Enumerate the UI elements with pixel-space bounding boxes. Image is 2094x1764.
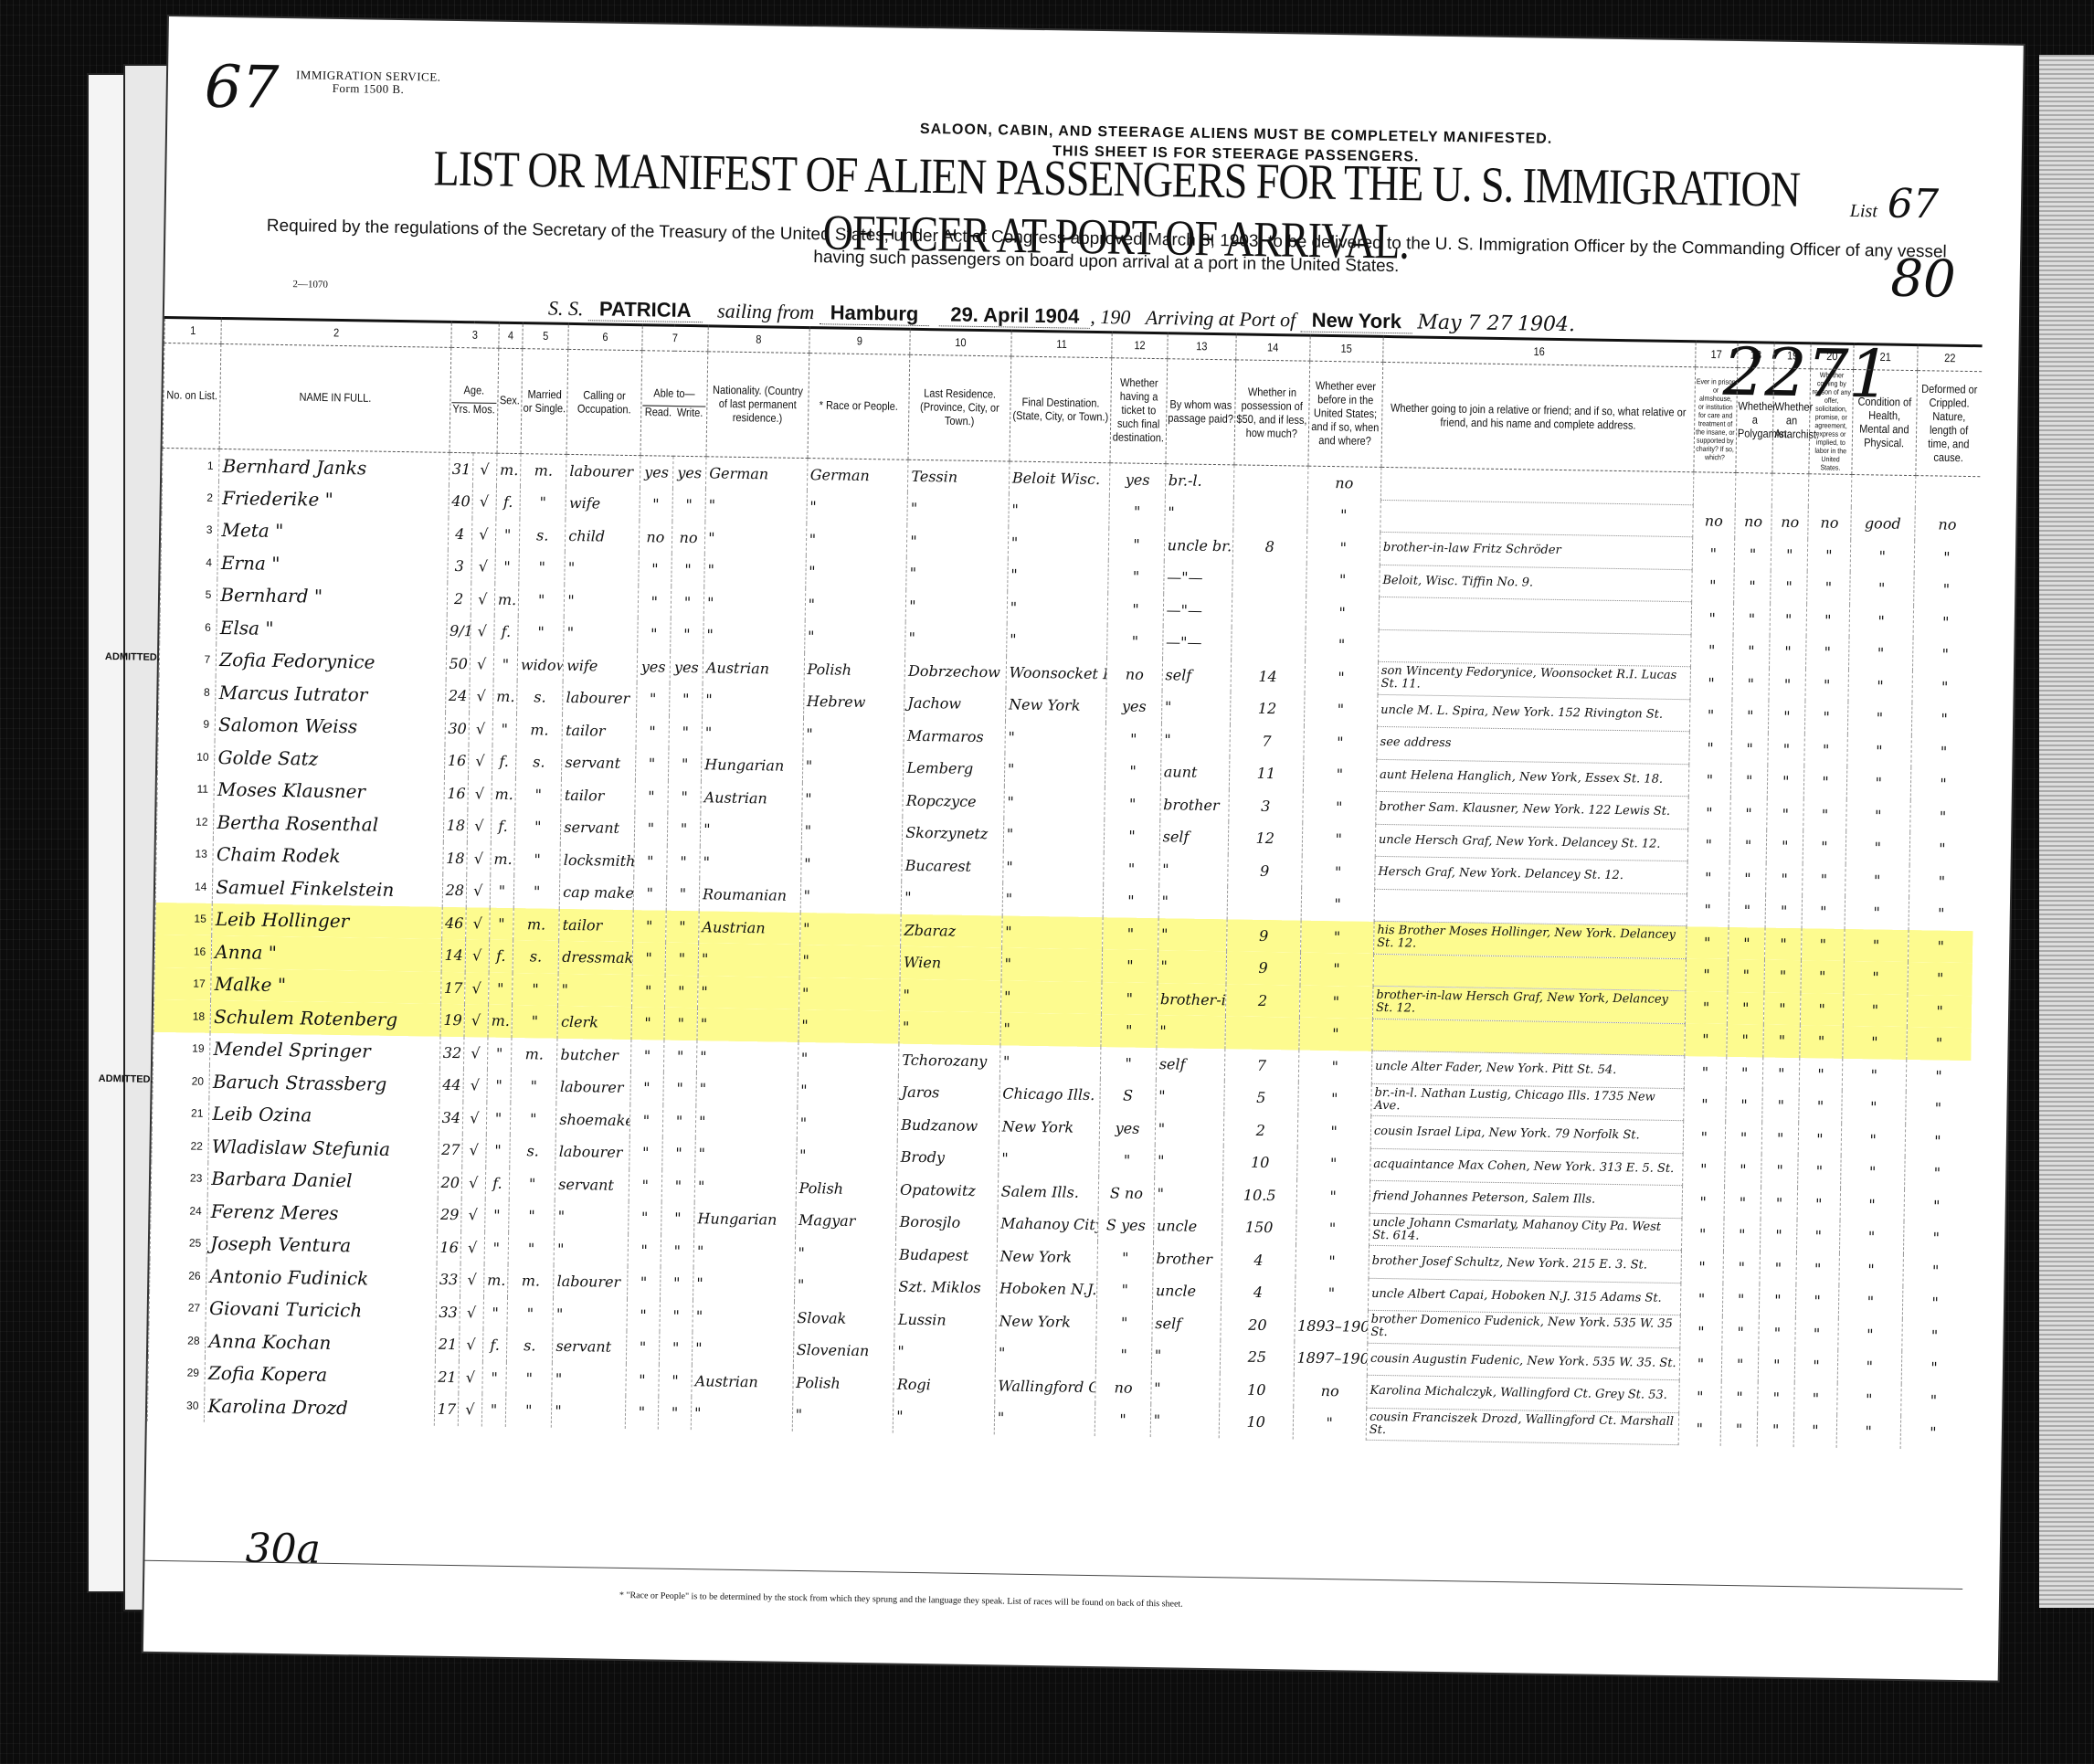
anarchist: "	[1769, 668, 1806, 701]
arrival-date: May 7 27	[1417, 312, 1512, 336]
contract-labor: "	[1803, 798, 1846, 831]
passenger-name: Anna Kochan	[206, 1325, 436, 1360]
prison: "	[1678, 1380, 1721, 1413]
age-check: √	[470, 648, 494, 681]
deformed: "	[1909, 865, 1974, 899]
money	[1232, 562, 1306, 596]
margin-note-list-number: 67	[204, 54, 280, 122]
deformed: "	[1909, 832, 1974, 866]
deformed: "	[1907, 995, 1972, 1029]
occupation: "	[554, 1232, 628, 1266]
occupation: wife	[563, 649, 637, 682]
passenger-name: Antonio Fudinick	[206, 1260, 437, 1295]
deformed: "	[1901, 1351, 1966, 1385]
contract-labor: "	[1805, 701, 1848, 734]
before-in-us: "	[1303, 758, 1377, 792]
marital-status: s.	[519, 519, 566, 552]
final-destination: Mahanoy City Pa.	[997, 1207, 1098, 1241]
prison: "	[1680, 1283, 1723, 1315]
before-in-us: "	[1303, 725, 1377, 759]
health: "	[1836, 1415, 1901, 1449]
polygamist: "	[1728, 926, 1765, 959]
age-years: 50	[446, 647, 471, 680]
row-number: 19	[153, 1031, 210, 1064]
last-residence: Wien	[900, 946, 1001, 980]
prison: "	[1687, 893, 1729, 926]
prison: "	[1686, 958, 1729, 991]
age-years: 19	[440, 1004, 465, 1037]
anarchist: "	[1770, 603, 1807, 636]
contract-labor: "	[1805, 669, 1848, 702]
age-check: √	[466, 874, 491, 907]
health: "	[1840, 1156, 1905, 1189]
can-write: "	[668, 780, 702, 813]
money: 12	[1228, 821, 1302, 855]
occupation: tailor	[561, 778, 635, 812]
prison: "	[1682, 1153, 1725, 1186]
final-destination: "	[1004, 753, 1105, 787]
nationality: "	[691, 1397, 792, 1431]
row-number: 7ADMITTED.	[159, 642, 217, 675]
last-residence: Lemberg	[904, 752, 1005, 786]
age-check: √	[464, 1004, 489, 1037]
sex: "	[490, 875, 514, 908]
race: Magyar	[795, 1204, 896, 1238]
ticket: "	[1109, 495, 1165, 528]
nationality: "	[698, 943, 799, 977]
health: "	[1846, 766, 1911, 800]
health: "	[1845, 798, 1910, 832]
header-money: Whether in possession of $50, and if les…	[1234, 352, 1309, 473]
age-check: √	[460, 1263, 484, 1296]
can-read: "	[625, 1396, 659, 1429]
row-number: 29	[148, 1356, 206, 1389]
marital-status: s.	[515, 745, 562, 778]
deformed: "	[1902, 1286, 1967, 1320]
marital-status: s.	[510, 1135, 556, 1167]
passage-paid-by: brother-in-law	[1157, 983, 1226, 1017]
form-id: IMMIGRATION SERVICE. Form 1500 B.	[296, 69, 441, 96]
race: Slovak	[794, 1301, 895, 1335]
marital-status: "	[513, 875, 560, 908]
marital-status: "	[509, 1167, 555, 1200]
passenger-name: Erna "	[217, 546, 448, 582]
age-check: √	[460, 1199, 485, 1231]
passenger-name: Anna "	[211, 935, 441, 971]
sex: f.	[491, 810, 515, 843]
header-passage-paid: By whom was passage paid?	[1165, 351, 1235, 472]
age-check: √	[460, 1231, 485, 1264]
health: "	[1838, 1285, 1903, 1319]
sex: f.	[489, 940, 513, 973]
occupation: tailor	[562, 713, 636, 747]
occupation: "	[558, 973, 632, 1007]
occupation: labourer	[556, 1071, 630, 1104]
race: Polish	[796, 1171, 897, 1205]
row-number: 15	[155, 902, 213, 935]
age-check: √	[464, 972, 489, 1005]
age-years: 17	[440, 971, 465, 1004]
can-write: "	[661, 1169, 695, 1202]
polygamist: "	[1723, 1251, 1761, 1283]
sex: "	[483, 1296, 508, 1329]
deformed: "	[1906, 1092, 1971, 1125]
occupation: "	[552, 1395, 626, 1429]
before-in-us: "	[1296, 1147, 1370, 1181]
final-destination: Chicago Ills.	[999, 1077, 1101, 1111]
age-years: 3	[447, 550, 471, 583]
row-number: 3	[161, 512, 218, 545]
contract-labor: "	[1796, 1284, 1839, 1317]
passage-paid-by: "	[1165, 496, 1234, 530]
ticket: "	[1096, 1306, 1152, 1339]
health: "	[1848, 637, 1913, 671]
anarchist: "	[1767, 797, 1804, 830]
marital-status: s.	[513, 940, 559, 973]
marital-status: "	[507, 1296, 554, 1329]
passenger-name: Giovani Turicich	[206, 1292, 436, 1327]
marital-status: "	[506, 1361, 553, 1394]
before-in-us: "	[1296, 1212, 1370, 1246]
relative-friend: brother Sam. Klausner, New York. 122 Lew…	[1376, 791, 1688, 829]
money: 25	[1220, 1340, 1294, 1374]
marital-status: "	[511, 1070, 557, 1103]
deformed: "	[1907, 1027, 1972, 1061]
relative-friend: son Wincenty Fedorynice, Woonsocket R.I.…	[1378, 661, 1690, 699]
polygamist: "	[1725, 1121, 1762, 1154]
occupation: child	[566, 519, 640, 553]
nationality: Hungarian	[701, 748, 802, 782]
money: 20	[1221, 1308, 1295, 1342]
money	[1232, 595, 1306, 628]
anarchist: "	[1768, 733, 1805, 766]
anarchist: "	[1771, 571, 1808, 604]
can-read: "	[630, 1072, 664, 1104]
marital-status: m.	[516, 713, 563, 746]
last-residence: Jaros	[898, 1076, 999, 1110]
prison: "	[1681, 1251, 1724, 1283]
anarchist: "	[1770, 636, 1807, 669]
money: 7	[1230, 724, 1304, 758]
ticket: "	[1103, 917, 1158, 950]
sex: "	[495, 551, 520, 584]
last-residence: Dobrzechow	[904, 654, 1006, 688]
prison: "	[1681, 1218, 1724, 1251]
money: 12	[1231, 692, 1305, 725]
can-read: "	[631, 975, 665, 1008]
age-years: 24	[445, 680, 470, 713]
sex: "	[487, 1070, 512, 1103]
header-last-residence: Last Residence. (Province, City, or Town…	[908, 347, 1011, 470]
relative-friend: uncle Albert Capai, Hoboken N.J. 315 Ada…	[1368, 1278, 1680, 1315]
final-destination: "	[1000, 1012, 1102, 1046]
anarchist: "	[1760, 1252, 1797, 1284]
contract-labor: "	[1804, 766, 1847, 798]
prison: "	[1691, 602, 1734, 635]
race: "	[799, 945, 901, 978]
before-in-us: "	[1306, 499, 1380, 533]
polygamist: "	[1725, 1154, 1762, 1187]
race: Polish	[804, 653, 905, 687]
race: "	[797, 1074, 898, 1108]
sex: "	[487, 1037, 512, 1070]
sex: "	[486, 1135, 511, 1167]
form-number: Form 1500 B.	[296, 81, 441, 96]
relative-friend	[1372, 1019, 1685, 1056]
age-check: √	[460, 1296, 484, 1329]
final-destination: "	[998, 1142, 1099, 1176]
money: 10	[1223, 1146, 1297, 1179]
polygamist: "	[1729, 829, 1767, 862]
last-residence: Tchorozany	[899, 1043, 1000, 1077]
money: 3	[1229, 789, 1303, 823]
ticket: no	[1106, 658, 1162, 691]
contract-labor: no	[1808, 506, 1851, 539]
passage-paid-by: —"—	[1163, 561, 1232, 595]
occupation: "	[565, 584, 639, 618]
row-number: 16	[154, 935, 212, 967]
before-in-us: "	[1298, 1018, 1372, 1051]
contract-labor: "	[1795, 1349, 1838, 1382]
can-read: "	[627, 1299, 661, 1332]
before-in-us: "	[1297, 1083, 1371, 1116]
money: 9	[1226, 951, 1300, 985]
marital-status: "	[518, 616, 565, 649]
nationality: Austrian	[699, 911, 800, 945]
contract-labor: "	[1793, 1414, 1836, 1447]
health: "	[1845, 831, 1910, 865]
anarchist: "	[1764, 960, 1802, 993]
age-check: √	[462, 1102, 487, 1135]
race: "	[796, 1139, 897, 1173]
header-deformed: Deformed or Crippled. Nature, length of …	[1916, 363, 1983, 484]
contract-labor: "	[1801, 960, 1844, 993]
sex: "	[486, 1102, 511, 1135]
row-number: 13	[156, 837, 214, 870]
can-write: "	[671, 586, 704, 618]
sex: "	[485, 1199, 510, 1232]
age-check: √	[458, 1393, 482, 1426]
anarchist: "	[1766, 830, 1803, 863]
polygamist: "	[1728, 959, 1765, 992]
anarchist: "	[1761, 1155, 1799, 1188]
passage-paid-by: "	[1155, 1080, 1224, 1114]
before-in-us: "	[1301, 888, 1375, 922]
bottom-rule	[144, 1560, 1962, 1590]
can-write: "	[672, 554, 705, 586]
sex: "	[484, 1231, 509, 1264]
money: 5	[1224, 1081, 1298, 1114]
occupation: labourer	[555, 1136, 629, 1169]
race: "	[802, 750, 904, 784]
deformed: no	[1915, 508, 1980, 542]
nationality: "	[697, 1008, 798, 1041]
money: 9	[1227, 919, 1301, 953]
ticket: S no	[1099, 1177, 1155, 1209]
age-check: √	[463, 1069, 488, 1102]
passage-paid-by: uncle	[1153, 1209, 1222, 1243]
bottom-page-note: 30a	[245, 1526, 321, 1573]
anarchist: "	[1764, 992, 1802, 1025]
age-check: √	[465, 907, 490, 940]
race: "	[799, 912, 901, 945]
money: 4	[1221, 1243, 1296, 1277]
last-residence: "	[899, 1011, 1000, 1045]
relative-friend	[1379, 597, 1691, 634]
can-write: "	[661, 1202, 695, 1235]
final-destination: Woonsocket R.I.	[1006, 656, 1107, 690]
age-check: √	[465, 939, 490, 972]
row-number: 25	[150, 1226, 207, 1259]
list-label: List	[1850, 201, 1877, 221]
prison: "	[1685, 991, 1728, 1024]
passage-paid-by: "	[1151, 1339, 1221, 1373]
race: Hebrew	[803, 685, 904, 719]
contract-labor: "	[1801, 993, 1844, 1026]
marital-status: s.	[517, 681, 564, 713]
can-read: "	[631, 1007, 665, 1040]
nationality: "	[695, 1137, 797, 1171]
last-residence: "	[905, 589, 1007, 623]
ticket: "	[1101, 1014, 1157, 1047]
ticket: yes	[1100, 1112, 1156, 1145]
can-read: "	[636, 682, 670, 715]
passenger-name: Salomon Weiss	[215, 708, 445, 744]
relative-friend: friend Johannes Peterson, Salem Ills.	[1370, 1180, 1682, 1218]
can-write: "	[669, 715, 703, 748]
final-destination: "	[1009, 494, 1110, 528]
passenger-name: Joseph Ventura	[206, 1227, 437, 1262]
last-residence: "	[906, 557, 1008, 591]
occupation: "	[553, 1297, 627, 1331]
polygamist: "	[1734, 537, 1771, 570]
last-residence: Zbaraz	[901, 914, 1002, 947]
final-destination: New York	[1005, 688, 1106, 722]
nationality: "	[698, 976, 799, 1009]
polygamist: "	[1733, 602, 1771, 635]
occupation: servant	[555, 1167, 629, 1201]
can-write: "	[663, 1040, 697, 1072]
header-occupation: Calling or Occupation.	[566, 342, 641, 463]
can-read: "	[633, 877, 667, 910]
passenger-rows: 1 Bernhard Janks 31 √ m. m. labourer yes…	[147, 448, 1980, 1449]
passenger-name: Zofia Kopera	[205, 1357, 435, 1392]
sex: "	[492, 713, 517, 745]
passage-paid-by: "	[1161, 724, 1231, 757]
header-final-destination: Final Destination. (State, City, or Town…	[1010, 348, 1113, 470]
can-write: "	[667, 845, 701, 878]
ticket: "	[1096, 1338, 1152, 1371]
passage-paid-by: uncle br.-l.	[1164, 529, 1233, 563]
age-years: 16	[444, 745, 469, 777]
sex: m.	[492, 777, 516, 810]
ticket: no	[1095, 1371, 1151, 1404]
money: 11	[1229, 756, 1303, 790]
nationality: "	[692, 1332, 793, 1366]
age-years: 21	[435, 1328, 460, 1361]
contract-labor: "	[1800, 1025, 1843, 1058]
health: "	[1845, 896, 1909, 930]
passage-paid-by: uncle	[1152, 1274, 1221, 1308]
before-in-us: "	[1295, 1244, 1369, 1278]
health: "	[1839, 1220, 1904, 1254]
prison: "	[1692, 537, 1735, 570]
anarchist: "	[1761, 1187, 1798, 1220]
health: "	[1849, 572, 1914, 606]
before-in-us: no	[1293, 1374, 1367, 1408]
contract-labor: "	[1795, 1317, 1838, 1350]
contract-labor: "	[1806, 604, 1849, 637]
passage-paid-by: "	[1158, 918, 1227, 952]
contract-labor: "	[1803, 830, 1846, 863]
age-check: √	[459, 1361, 483, 1394]
passage-paid-by: "	[1158, 950, 1227, 984]
money	[1233, 497, 1307, 531]
relative-friend: cousin Israel Lipa, New York. 79 Norfolk…	[1370, 1115, 1683, 1153]
able-label: Able to—	[642, 386, 706, 401]
passage-paid-by: "	[1154, 1178, 1223, 1211]
polygamist: "	[1723, 1219, 1761, 1252]
age-check: √	[468, 777, 492, 810]
nationality: "	[696, 1040, 798, 1074]
sex: "	[490, 907, 514, 940]
ticket: "	[1107, 625, 1163, 658]
anarchist: "	[1757, 1414, 1794, 1447]
can-read: "	[638, 586, 672, 618]
can-write: "	[659, 1364, 693, 1397]
before-in-us: "	[1302, 790, 1376, 824]
passenger-name: Bernhard "	[217, 578, 448, 614]
last-residence: Budzanow	[897, 1108, 999, 1142]
ticket: "	[1101, 1047, 1157, 1080]
final-destination: "	[1005, 721, 1106, 755]
deformed: "	[1913, 606, 1978, 639]
age-check: √	[472, 485, 497, 518]
before-in-us: "	[1301, 855, 1375, 889]
deformed: "	[1908, 962, 1972, 996]
deformed: "	[1912, 671, 1977, 704]
age-check: √	[469, 713, 493, 745]
anarchist: "	[1767, 766, 1804, 798]
anarchist: "	[1762, 1057, 1800, 1090]
marital-status: s.	[506, 1329, 553, 1362]
money: 10.5	[1222, 1178, 1296, 1212]
final-destination: New York	[996, 1305, 1097, 1338]
can-write: "	[663, 1072, 697, 1105]
money: 7	[1224, 1049, 1298, 1083]
health: "	[1842, 1026, 1907, 1060]
relative-friend	[1374, 889, 1687, 926]
relative-friend: see address	[1377, 726, 1689, 764]
passage-paid-by: self	[1162, 659, 1232, 692]
before-in-us: "	[1297, 1114, 1371, 1148]
age-years: 30	[445, 712, 470, 745]
before-in-us: "	[1306, 531, 1380, 565]
nationality: "	[704, 522, 806, 555]
can-read: "	[629, 1136, 662, 1169]
able-read: Read.	[645, 406, 672, 419]
race: "	[801, 815, 903, 849]
relative-friend: Beloit, Wisc. Tiffin No. 9.	[1380, 565, 1692, 602]
relative-friend: Karolina Michalczyk, Wallingford Ct. Gre…	[1367, 1375, 1679, 1412]
nationality: "	[705, 489, 807, 523]
final-destination: "	[1004, 786, 1105, 819]
relative-friend: brother-in-law Hersch Graf, New York, De…	[1372, 986, 1685, 1023]
passage-paid-by: —"—	[1162, 626, 1232, 660]
race: "	[798, 1041, 899, 1075]
prison: "	[1682, 1186, 1725, 1219]
sex: f.	[482, 1329, 507, 1362]
